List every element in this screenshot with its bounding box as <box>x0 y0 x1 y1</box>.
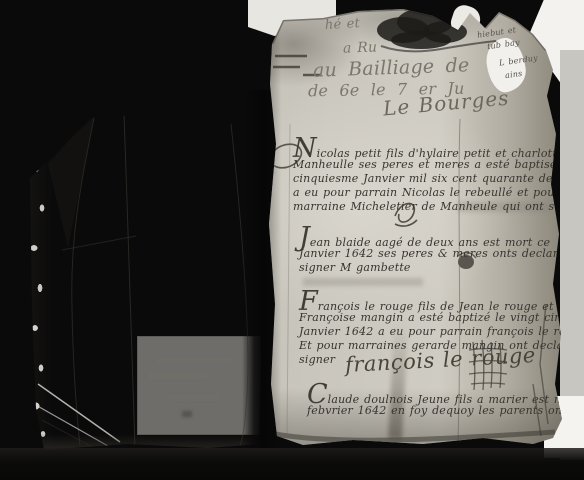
bleedthrough-mark <box>182 411 192 417</box>
fold-triangle <box>48 116 94 248</box>
record-line: febvrier 1642 en foy dequoy les parents … <box>307 405 584 418</box>
torn-fragment: hiebut et <box>477 25 517 40</box>
bleedthrough-line <box>168 395 220 399</box>
bleedthrough-line <box>148 373 208 378</box>
header-fragment: a Ru <box>343 39 378 56</box>
left-page-torn-edge <box>28 138 54 456</box>
record-line: signer M gambette <box>299 262 411 275</box>
bottom-shadow-band <box>0 448 584 480</box>
fold-line <box>287 124 290 434</box>
crease-line <box>124 114 135 448</box>
crease-line <box>62 236 136 250</box>
bleedthrough-line <box>156 359 234 363</box>
archive-photo: hé et a Ru au Bailliage de de 6e le 7 er… <box>0 0 584 480</box>
record-line: cinquiesme Janvier mil six cent quarante… <box>293 173 566 186</box>
record-line: Janvier 1642 a eu pour parrain françois … <box>299 326 572 339</box>
left-page <box>28 108 264 456</box>
header-fragment: hé et <box>325 17 361 34</box>
record-line: a eu pour parrain Nicolas le rebeullé et… <box>293 187 560 200</box>
record-line: marraine Micheletier de Manheule qui ont… <box>293 201 579 214</box>
right-page: hé et a Ru au Bailliage de de 6e le 7 er… <box>263 4 569 450</box>
record-line: Manheulle ses peres et meres a esté bapt… <box>293 159 562 172</box>
bleedthrough-mark <box>303 278 423 286</box>
record-line: Janvier 1642 ses peres & meres onts decl… <box>299 248 584 261</box>
crease-line <box>72 118 94 446</box>
bottom-edge-smear <box>275 432 555 440</box>
record-line: signer <box>299 354 335 367</box>
record-line: Françoise mangin a esté baptizé le vingt… <box>299 312 584 325</box>
